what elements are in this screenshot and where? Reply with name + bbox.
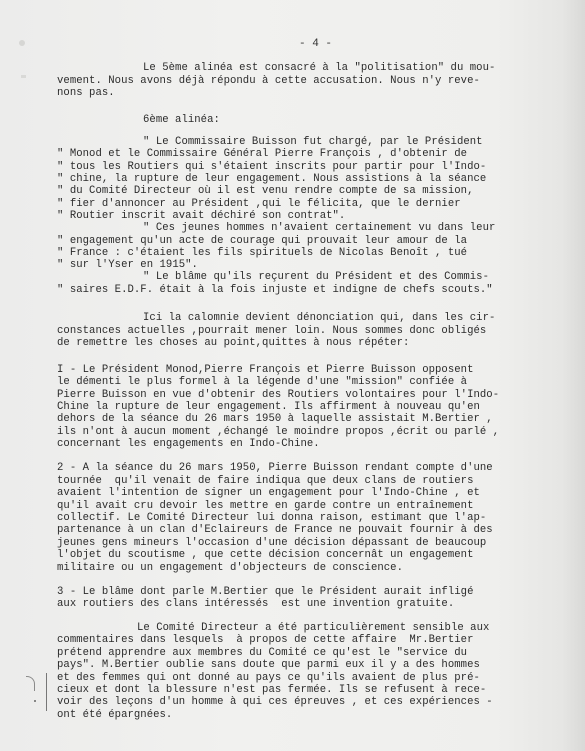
page-number: - 4 - — [299, 38, 332, 50]
text-line: qu'il avait cru devoir les mettre en gar… — [57, 500, 473, 512]
text-line: cieux et dont la blessure n'est pas ferm… — [57, 684, 486, 696]
text-line: tournée qu'il venait de faire indiqua qu… — [57, 475, 473, 487]
text-line: " saires E.D.F. était à la fois injuste … — [57, 284, 493, 296]
text-line: " Le Commissaire Buisson fut chargé, par… — [143, 136, 483, 148]
text-line: constances actuelles ,pourrait mener loi… — [57, 325, 486, 337]
text-line: 6ème alinéa: — [143, 114, 220, 126]
text-line: " Routier inscrit avait déchiré son cont… — [57, 210, 345, 222]
text-line: " chine, la rupture de leur engagement. … — [57, 173, 486, 185]
text-line: Pierre Buisson en vue d'obtenir des Rout… — [57, 389, 499, 401]
text-line: Ici la calomnie devient dénonciation qui… — [143, 312, 495, 324]
text-line: collectif. Le Comité Directeur lui donna… — [57, 512, 486, 524]
text-line: " tous les Routiers qui s'étaient inscri… — [57, 161, 486, 173]
text-line: avaient l'intention de signer un engagem… — [57, 487, 480, 499]
text-line: ils n'ont à aucun moment ,échangé le moi… — [57, 426, 499, 438]
text-line: " Ces jeunes hommes n'avaient certaineme… — [143, 222, 495, 234]
text-line: 2 - A la séance du 26 mars 1950, Pierre … — [57, 462, 493, 474]
document-page: - 4 - Le 5ème alinéa est consacré à la "… — [0, 0, 585, 751]
text-line: Le Comité Directeur a été particulièreme… — [137, 622, 489, 634]
text-line: voir des leçons d'un homme à qui ces épr… — [57, 696, 493, 708]
text-line: l'objet du scoutisme , que cette décisio… — [57, 549, 473, 561]
text-line: 3 - Le blâme dont parle M.Bertier que le… — [57, 586, 473, 598]
text-line: " Le blâme qu'ils reçurent du Président … — [143, 271, 489, 283]
text-line: de remettre les choses au point,quittes … — [57, 337, 409, 349]
text-line: Le 5ème alinéa est consacré à la "politi… — [143, 62, 495, 74]
text-line: prétend apprendre aux membres du Comité … — [57, 647, 467, 659]
text-line: " Monod et le Commissaire Général Pierre… — [57, 148, 467, 160]
text-line: nons pas. — [57, 87, 115, 99]
text-line: jeunes gens mineurs l'occasion d'une déc… — [57, 537, 486, 549]
handwritten-margin-mark — [26, 676, 35, 691]
handwritten-margin-bracket — [46, 673, 47, 711]
text-line: dehors de la séance du 26 mars 1950 à la… — [57, 413, 493, 425]
text-line: pays". M.Bertier oublie sans doute que p… — [57, 659, 480, 671]
text-line: partenance à un clan d'Eclaireurs de Fra… — [57, 524, 493, 536]
text-line: Chine la rupture de leur engagement. Ils… — [57, 401, 480, 413]
margin-smudge — [19, 40, 25, 46]
text-line: concernant les engagements en Indo-Chine… — [57, 438, 320, 450]
text-line: " sur l'Yser en 1915". — [57, 259, 198, 271]
margin-smudge — [21, 75, 26, 78]
text-line: aux routiers des clans intéressés est un… — [57, 598, 454, 610]
text-line: et des femmes qui ont donné au pays ce q… — [57, 672, 480, 684]
text-line: commentaires dans lesquels à propos de c… — [57, 634, 473, 646]
text-line: " du Comité Directeur où il est venu ren… — [57, 185, 473, 197]
text-line: " engagement qu'un acte de courage qui p… — [57, 235, 467, 247]
text-line: vement. Nous avons déjà répondu à cette … — [57, 75, 480, 87]
text-line: le démenti le plus formel à la légende d… — [57, 376, 467, 388]
text-line: militaire ou un engagement d'objecteurs … — [57, 562, 403, 574]
handwritten-margin-dot — [34, 700, 36, 702]
text-line: " fier d'annoncer au Président ,qui le f… — [57, 198, 461, 210]
text-line: ont été épargnées. — [57, 709, 172, 721]
text-line: " France : c'étaient les fils spirituels… — [57, 247, 467, 259]
text-line: I - Le Président Monod,Pierre François e… — [57, 364, 473, 376]
